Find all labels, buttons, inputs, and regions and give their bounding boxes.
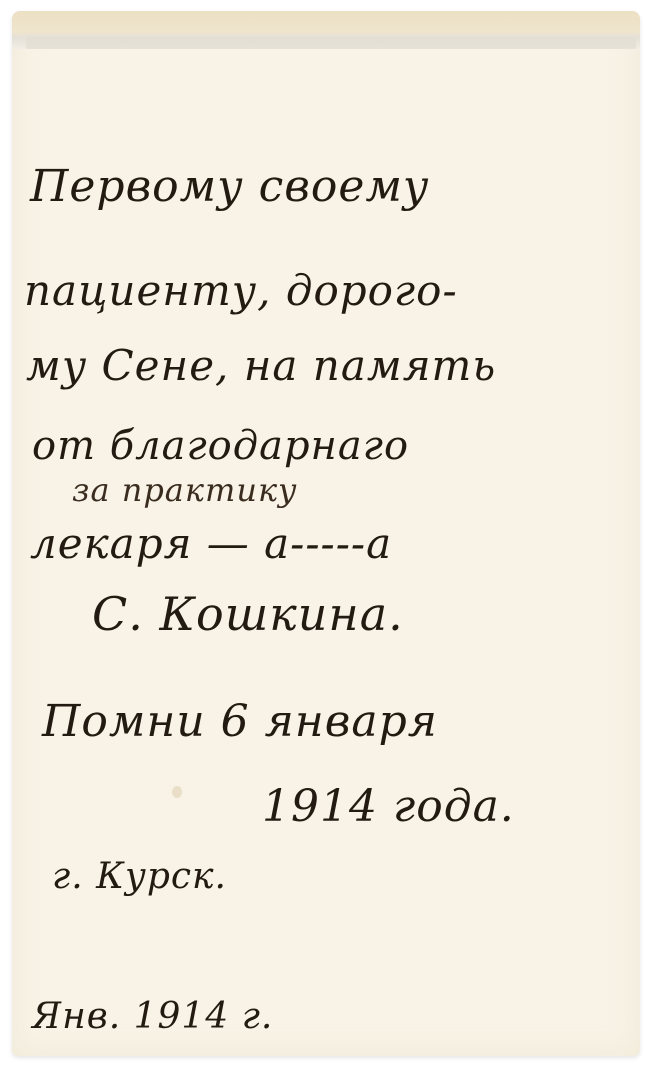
paper-stain — [172, 786, 182, 798]
inscription-line-3: му Сене, на память — [26, 341, 496, 390]
signature: С. Кошкина. — [92, 587, 404, 641]
inscription-line-6: лекаря — а-----а — [30, 519, 392, 568]
archive-date-note: Янв. 1914 г. — [32, 996, 273, 1037]
photo-card-back: Первому своему пациенту, дорого- му Сене… — [12, 11, 640, 1056]
inscription-line-9: 1914 года. — [262, 781, 515, 832]
inscription-line-5: за практику — [72, 471, 298, 509]
mount-strip-edge — [26, 37, 636, 49]
inscription-line-1: Первому своему — [30, 161, 429, 212]
place-line: г. Курск. — [52, 856, 227, 897]
inscription-line-2: пациенту, дорого- — [24, 266, 458, 315]
inscription-line-8: Помни 6 января — [42, 696, 438, 747]
inscription-line-4: от благодарнаго — [32, 423, 409, 469]
